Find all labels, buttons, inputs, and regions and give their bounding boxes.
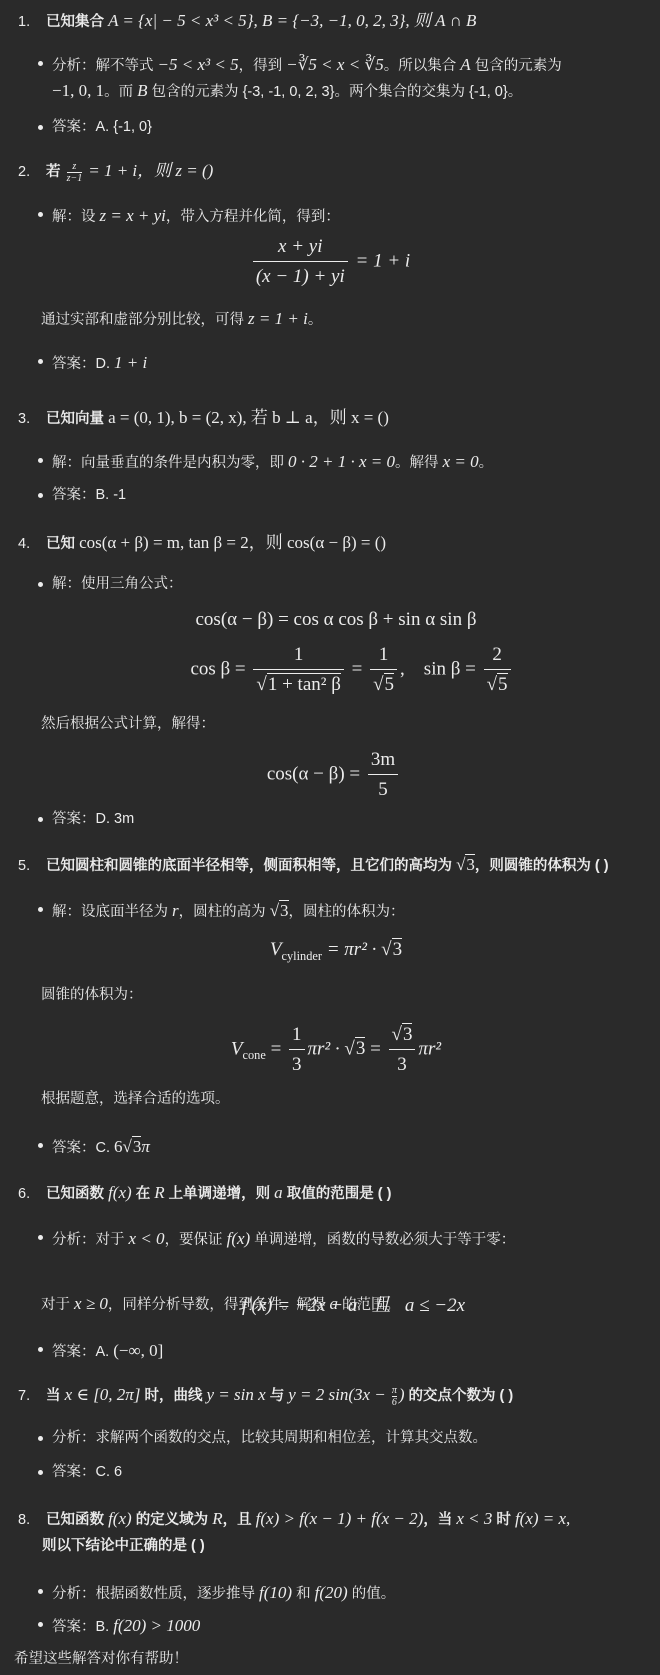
answer-bullet: 答案：C. 6 xyxy=(52,1461,122,1483)
fraction: 1√1 + tan² β xyxy=(253,640,343,700)
paragraph: 圆锥的体积为： xyxy=(41,984,143,1006)
solution-bullet: 解：使用三角公式： xyxy=(52,573,183,595)
math: −∛5 < x < ∛5 xyxy=(286,55,384,74)
question-4: 4. 已知 cos(α + β) = m, tan β = 2，则 cos(α … xyxy=(18,530,386,556)
display-equation: x + yi(x − 1) + yi = 1 + i xyxy=(0,232,660,292)
question-title-text: 已知圆柱和圆锥的底面半径相等，侧面积相等，且它们的高均为 xyxy=(46,858,452,874)
math: B xyxy=(137,81,147,100)
text: ，圆柱的体积为： xyxy=(289,904,405,920)
math: f(x) > f(x − 1) + f(x − 2) xyxy=(256,1509,424,1528)
math: f(x) xyxy=(108,1509,132,1528)
text: 分析：根据函数性质，逐步推导 xyxy=(52,1586,255,1602)
text: ，带入方程并化简，得到： xyxy=(166,209,340,225)
math: −5 < x³ < 5 xyxy=(158,55,239,74)
subscript: cylinder xyxy=(282,949,322,963)
lhs: sin β = xyxy=(424,658,476,679)
text: 分析：求解两个函数的交点，比较其周期和相位差，计算其交点数。 xyxy=(52,1430,487,1446)
math: y = 2 sin(3x − xyxy=(288,1385,386,1404)
text: ，当 xyxy=(423,1512,452,1528)
analysis-bullet: 分析：根据函数性质，逐步推导 f(10) 和 f(20) 的值。 xyxy=(52,1580,395,1606)
display-equation-3: cos(α − β) = 3m5 xyxy=(4,745,660,805)
sqrt-math: √3 xyxy=(456,854,475,874)
question-title-text: ，则圆锥的体积为 ( ) xyxy=(475,858,609,874)
radicand: 5 xyxy=(497,673,508,695)
text: ，同样分析导数，得到条件。解得 xyxy=(108,1297,326,1313)
text: ，圆柱的高为 xyxy=(179,904,266,920)
answer-bullet: 答案：B. f(20) > 1000 xyxy=(52,1613,200,1639)
math: x = 0 xyxy=(443,452,479,471)
text: ，且 xyxy=(223,1512,252,1528)
numerator: 2 xyxy=(484,640,511,669)
text: 的值。 xyxy=(352,1586,396,1602)
paragraph: 然后根据公式计算，解得： xyxy=(41,713,215,735)
text: 则以下结论中正确的是 ( ) xyxy=(42,1538,205,1554)
denominator: 3 xyxy=(289,1049,305,1079)
text: 取值的范围是 ( ) xyxy=(287,1186,392,1202)
text: 时，曲线 xyxy=(144,1388,202,1404)
answer-text: 答案：A. {-1, 0} xyxy=(52,119,152,135)
fraction: 1√5 xyxy=(370,640,397,700)
paragraph: 根据题意，选择合适的选项。 xyxy=(41,1088,230,1110)
math: 1 + i xyxy=(114,353,147,372)
text: 在 xyxy=(136,1186,151,1202)
math: f(20) xyxy=(315,1583,348,1602)
rhs: = πr² · xyxy=(327,939,377,960)
text: 已知函数 xyxy=(46,1186,104,1202)
math: R xyxy=(212,1509,222,1528)
analysis-bullet: 分析：对于 x < 0，要保证 f(x) 单调递增，函数的导数必须大于等于零： xyxy=(52,1226,515,1252)
question-3: 3. 已知向量 a = (0, 1), b = (2, x), 若 b ⊥ a，… xyxy=(18,405,389,431)
numerator: x + yi xyxy=(253,232,348,261)
question-number: 6. xyxy=(18,1183,42,1205)
numerator: z xyxy=(67,161,83,172)
text: 。而 xyxy=(104,84,133,100)
radicand: 3 xyxy=(355,1037,366,1059)
text: 。 xyxy=(479,455,494,471)
display-equation-2: Vcone = 13πr² · √3 = √33πr² xyxy=(6,1020,660,1080)
text: 的交点个数为 ( ) xyxy=(409,1388,514,1404)
answer-text: 答案：D. 3m xyxy=(52,811,134,827)
term: πr² xyxy=(418,1038,441,1059)
math: A xyxy=(460,55,470,74)
math: f(20) > 1000 xyxy=(113,1616,200,1635)
math: z = 1 + i xyxy=(248,309,308,328)
display-equation-1: Vcylinder = πr² · √3 xyxy=(6,935,660,966)
answer-bullet: 答案：D. 3m xyxy=(52,808,134,830)
question-8: 8. 已知函数 f(x) 的定义域为 R，且 f(x) > f(x − 1) +… xyxy=(18,1506,570,1532)
question-number: 2. xyxy=(18,161,42,183)
var: V xyxy=(270,939,282,960)
equation: cos(α − β) = cos α cos β + sin α sin β xyxy=(196,609,477,630)
text: 的定义域为 xyxy=(136,1512,209,1528)
text: 对于 xyxy=(41,1297,70,1313)
answer-text: 答案：B. -1 xyxy=(52,487,126,503)
term: πr² · xyxy=(308,1038,340,1059)
text: 单调递增，函数的导数必须大于等于零： xyxy=(254,1232,515,1248)
question-2: 2. 若 zz−1 = 1 + i，则 z = () xyxy=(18,158,213,184)
question-title-text: 已知集合 xyxy=(46,14,104,30)
fraction: √33 xyxy=(389,1020,416,1080)
text: ，得到 xyxy=(239,58,283,74)
text: 然后根据公式计算，解得： xyxy=(41,716,215,732)
question-title-text: 若 xyxy=(46,164,61,180)
fraction: π6 xyxy=(392,1385,397,1408)
coef: 6 xyxy=(114,1137,123,1156)
denominator: (x − 1) + yi xyxy=(253,261,348,291)
text: 分析：解不等式 xyxy=(52,58,154,74)
text: 答案：D. xyxy=(52,356,110,372)
question-number: 5. xyxy=(18,855,42,877)
solution-bullet: 解：设 z = x + yi，带入方程并化简，得到： xyxy=(52,203,340,229)
closing-message: 希望这些解答对你有帮助！ xyxy=(14,1648,188,1670)
radicand: 3 xyxy=(279,900,289,920)
lhs: cos(α − β) = xyxy=(267,763,360,784)
denominator: 6 xyxy=(392,1396,397,1408)
text: 。解得 xyxy=(395,455,439,471)
fraction: zz−1 xyxy=(67,161,83,184)
math: x ≥ 0 xyxy=(74,1294,108,1313)
question-number: 8. xyxy=(18,1509,42,1531)
answer-math: 6√3π xyxy=(114,1136,150,1156)
radicand: 3 xyxy=(132,1136,142,1156)
numerator: π xyxy=(392,1385,397,1396)
text: 通过实部和虚部分别比较，可得 xyxy=(41,312,244,328)
fraction: 3m5 xyxy=(368,745,398,805)
solution-bullet: 解：设底面半径为 r，圆柱的高为 √3，圆柱的体积为： xyxy=(52,898,405,924)
question-5: 5. 已知圆柱和圆锥的底面半径相等，侧面积相等，且它们的高均为 √3，则圆锥的体… xyxy=(18,852,609,878)
text: 希望这些解答对你有帮助！ xyxy=(14,1651,188,1667)
denominator: √1 + tan² β xyxy=(253,669,343,699)
text: 圆锥的体积为： xyxy=(41,987,143,1003)
display-equation-2: cos β = 1√1 + tan² β = 1√5, sin β = 2√5 xyxy=(22,640,660,700)
display-equation-1: cos(α − β) = cos α cos β + sin α sin β xyxy=(6,605,660,634)
chat-answer-document: 1. 已知集合 A = {x| − 5 < x³ < 5}, B = {−3, … xyxy=(0,0,660,1675)
math: (−∞, 0] xyxy=(113,1341,163,1360)
solution-bullet: 解：向量垂直的条件是内积为零，即 0 · 2 + 1 · x = 0。解得 x … xyxy=(52,449,493,475)
fraction: 2√5 xyxy=(484,640,511,700)
paragraph: 对于 x ≥ 0，同样分析导数，得到条件。解得 a 的范围。 xyxy=(41,1291,400,1317)
math: r xyxy=(172,901,179,920)
sqrt-math: √3 xyxy=(270,900,289,920)
answer-text: 答案：C. 6 xyxy=(52,1464,122,1480)
rhs: = 1 + i xyxy=(356,250,411,271)
denominator: 3 xyxy=(389,1049,416,1079)
question-1: 1. 已知集合 A = {x| − 5 < x³ < 5}, B = {−3, … xyxy=(18,8,476,34)
text: 。 xyxy=(308,312,323,328)
analysis-continuation: −1, 0, 1。而 B 包含的元素为 {-3, -1, 0, 2, 3}。两个… xyxy=(52,78,522,104)
text: 解：使用三角公式： xyxy=(52,576,183,592)
text: 解：向量垂直的条件是内积为零，即 xyxy=(52,455,284,471)
question-title-text: 已知 xyxy=(46,536,75,552)
text: 当 xyxy=(46,1388,61,1404)
math: a xyxy=(274,1183,283,1202)
math: 0 · 2 + 1 · x = 0 xyxy=(288,452,395,471)
math: x < 3 xyxy=(456,1509,492,1528)
analysis-bullet: 分析：解不等式 −5 < x³ < 5，得到 −∛5 < x < ∛5。所以集合… xyxy=(52,52,562,78)
question-title-math: cos(α + β) = m, tan β = 2，则 cos(α − β) =… xyxy=(79,533,386,552)
text: 分析：对于 xyxy=(52,1232,125,1248)
denominator: 5 xyxy=(368,774,398,804)
math: ) xyxy=(399,1385,405,1404)
text: ，要保证 xyxy=(165,1232,223,1248)
math: z = x + yi xyxy=(100,206,166,225)
answer-bullet: 答案：A. {-1, 0} xyxy=(52,116,152,138)
numerator: 1 xyxy=(253,640,343,669)
numerator: √3 xyxy=(389,1020,416,1049)
lhs: cos β = xyxy=(190,658,245,679)
radicand: 1 + tan² β xyxy=(267,673,341,695)
math: x < 0 xyxy=(129,1229,165,1248)
question-title-math: A = {x| − 5 < x³ < 5}, B = {−3, −1, 0, 2… xyxy=(108,11,476,30)
math: x ∈ [0, 2π] xyxy=(65,1385,141,1404)
paragraph: 通过实部和虚部分别比较，可得 z = 1 + i。 xyxy=(41,306,322,332)
text: 。所以集合 xyxy=(384,58,457,74)
text: 与 xyxy=(270,1388,285,1404)
text: 解：设 xyxy=(52,209,96,225)
question-number: 4. xyxy=(18,533,42,555)
text: 解：设底面半径为 xyxy=(52,904,168,920)
answer-bullet: 答案：B. -1 xyxy=(52,484,126,506)
text: 根据题意，选择合适的选项。 xyxy=(41,1091,230,1107)
question-8-line-2: 则以下结论中正确的是 ( ) xyxy=(42,1535,205,1557)
numerator: 1 xyxy=(289,1020,305,1049)
subscript: cone xyxy=(243,1048,266,1062)
text: 答案：B. xyxy=(52,1619,109,1635)
pi: π xyxy=(141,1137,150,1156)
radicand: 3 xyxy=(392,938,403,960)
denominator: √5 xyxy=(484,669,511,699)
text: 的范围。 xyxy=(342,1297,400,1313)
numerator: 1 xyxy=(370,640,397,669)
math: −1, 0, 1 xyxy=(52,81,104,100)
answer-bullet: 答案：A. (−∞, 0] xyxy=(52,1338,163,1364)
answer-bullet: 答案：C. 6√3π xyxy=(52,1134,150,1160)
question-number: 3. xyxy=(18,408,42,430)
text: 上单调递增，则 xyxy=(169,1186,271,1202)
math: a xyxy=(329,1294,338,1313)
radicand: 5 xyxy=(384,673,395,695)
question-7: 7. 当 x ∈ [0, 2π] 时，曲线 y = sin x 与 y = 2 … xyxy=(18,1382,513,1408)
radicand: 3 xyxy=(465,854,475,874)
math: f(x) xyxy=(108,1183,132,1202)
var: V xyxy=(231,1038,243,1059)
analysis-bullet: 分析：求解两个函数的交点，比较其周期和相位差，计算其交点数。 xyxy=(52,1427,487,1449)
text: 和 xyxy=(296,1586,311,1602)
text: 包含的元素为 {-3, -1, 0, 2, 3}。两个集合的交集为 {-1, 0… xyxy=(152,84,523,100)
question-title-text: 已知向量 xyxy=(46,411,104,427)
fraction: x + yi(x − 1) + yi xyxy=(253,232,348,292)
fraction: 13 xyxy=(289,1020,305,1080)
math: y = sin x xyxy=(207,1385,266,1404)
math: f(10) xyxy=(259,1583,292,1602)
text: 包含的元素为 xyxy=(475,58,562,74)
denominator: √5 xyxy=(370,669,397,699)
text: 已知函数 xyxy=(46,1512,104,1528)
numerator: 3m xyxy=(368,745,398,774)
question-title-math: a = (0, 1), b = (2, x), 若 b ⊥ a，则 x = () xyxy=(108,408,389,427)
text: 答案：A. xyxy=(52,1344,109,1360)
text: 答案：C. xyxy=(52,1140,110,1156)
math: f(x) = x, xyxy=(515,1509,570,1528)
math: f(x) xyxy=(227,1229,251,1248)
radicand: 3 xyxy=(402,1023,413,1045)
answer-bullet: 答案：D. 1 + i xyxy=(52,350,147,376)
denominator: z−1 xyxy=(67,172,83,184)
question-number: 1. xyxy=(18,11,42,33)
question-title-math: = 1 + i，则 z = () xyxy=(88,161,213,180)
text: 时 xyxy=(496,1512,511,1528)
question-number: 7. xyxy=(18,1385,42,1407)
question-6: 6. 已知函数 f(x) 在 R 上单调递增，则 a 取值的范围是 ( ) xyxy=(18,1180,391,1206)
math: R xyxy=(154,1183,164,1202)
